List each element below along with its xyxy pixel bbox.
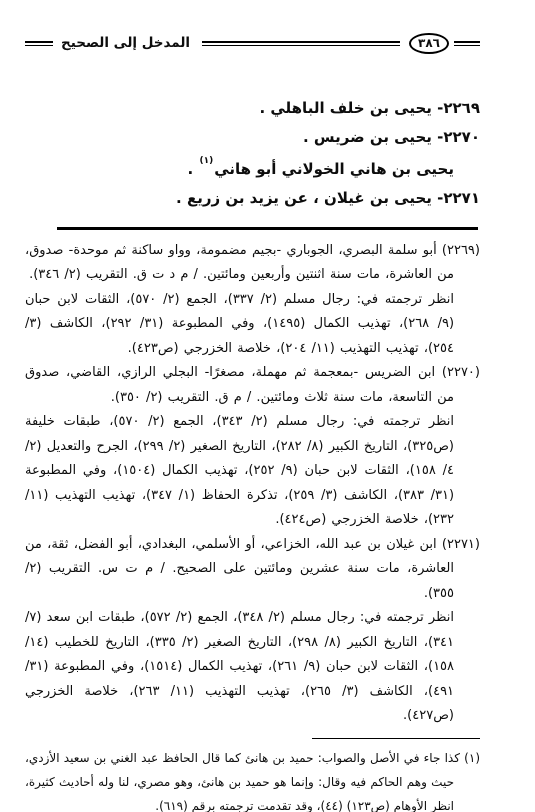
footnote-bio: (٢٢٦٩) أبو سلمة البصري، الجوباري -بجيم م… [25,239,454,288]
header-rule-left [25,41,53,46]
header-rule-middle [202,41,400,46]
footnote-sources: انظر ترجمته في: رجال مسلم (٢/ ٣٤٨)، الجم… [25,606,454,729]
footnote-bio: (٢٢٧٠) ابن الضريس -بمعجمة ثم مهملة، مصغر… [25,361,454,410]
footnote-sources: انظر ترجمته في: رجال مسلم (٢/ ٣٤٣)، الجم… [25,410,454,533]
entry-text: يحيى بن هاني الخولاني أبو هاني [214,160,454,178]
footnote-2270: (٢٢٧٠) ابن الضريس -بمعجمة ثم مهملة، مصغر… [25,361,480,533]
entry-text-suffix: . [188,160,199,178]
page-number: ٣٨٦ [418,36,440,50]
footnote-2269: (٢٢٦٩) أبو سلمة البصري، الجوباري -بجيم م… [25,239,480,362]
bottom-note-divider [312,738,480,740]
footnote-bio-text: أبو سلمة البصري، الجوباري -بجيم مضمومة، … [25,243,454,283]
entry-text: ٢٢٧٠- يحيى بن ضريس . [303,128,480,146]
book-title: المدخل إلى الصحيح [61,35,190,51]
main-text: ٢٢٦٩- يحيى بن خلف الباهلي . ٢٢٧٠- يحيى ب… [25,94,480,213]
entry-text: ٢٢٦٩- يحيى بن خلف الباهلي . [259,99,480,117]
footnote-number: (٢٢٧١) [442,537,480,552]
header-rule-right [454,41,480,46]
page-header: المدخل إلى الصحيح ٣٨٦ [25,30,480,56]
page-number-badge: ٣٨٦ [409,33,449,54]
footnotes-divider [57,227,478,230]
entry-line-2269: ٢٢٦٩- يحيى بن خلف الباهلي . [25,94,480,123]
entry-line-2270: ٢٢٧٠- يحيى بن ضريس . [25,123,480,152]
footnote-ref-marker: (١) [199,156,213,166]
bottom-note-number: (١) [464,751,480,765]
footnote-2271: (٢٢٧١) ابن غيلان بن عبد الله، الخزاعي، أ… [25,533,480,729]
footnotes-section: (٢٢٦٩) أبو سلمة البصري، الجوباري -بجيم م… [25,239,480,729]
entry-line-unnumbered: يحيى بن هاني الخولاني أبو هاني(١) . [25,152,480,184]
book-page: المدخل إلى الصحيح ٣٨٦ ٢٢٦٩- يحيى بن خلف … [0,0,535,812]
bottom-note-text: كذا جاء في الأصل والصواب: حميد بن هانئ ك… [25,751,460,812]
entry-text: ٢٢٧١- يحيى بن غيلان ، عن يزيد بن زريع . [176,189,480,207]
footnote-bio-text: ابن غيلان بن عبد الله، الخزاعي، أو الأسل… [25,537,454,601]
entry-line-2271: ٢٢٧١- يحيى بن غيلان ، عن يزيد بن زريع . [25,184,480,213]
footnote-number: (٢٢٦٩) [442,243,480,258]
footnote-bio: (٢٢٧١) ابن غيلان بن عبد الله، الخزاعي، أ… [25,533,454,607]
footnote-number: (٢٢٧٠) [442,365,480,380]
footnote-bio-text: ابن الضريس -بمعجمة ثم مهملة، مصغرًا- الب… [25,365,454,405]
footnote-sources: انظر ترجمته في: رجال مسلم (٢/ ٣٣٧)، الجم… [25,288,454,362]
bottom-note: (١) كذا جاء في الأصل والصواب: حميد بن ها… [25,746,480,812]
bottom-note-paragraph: (١) كذا جاء في الأصل والصواب: حميد بن ها… [25,746,454,812]
